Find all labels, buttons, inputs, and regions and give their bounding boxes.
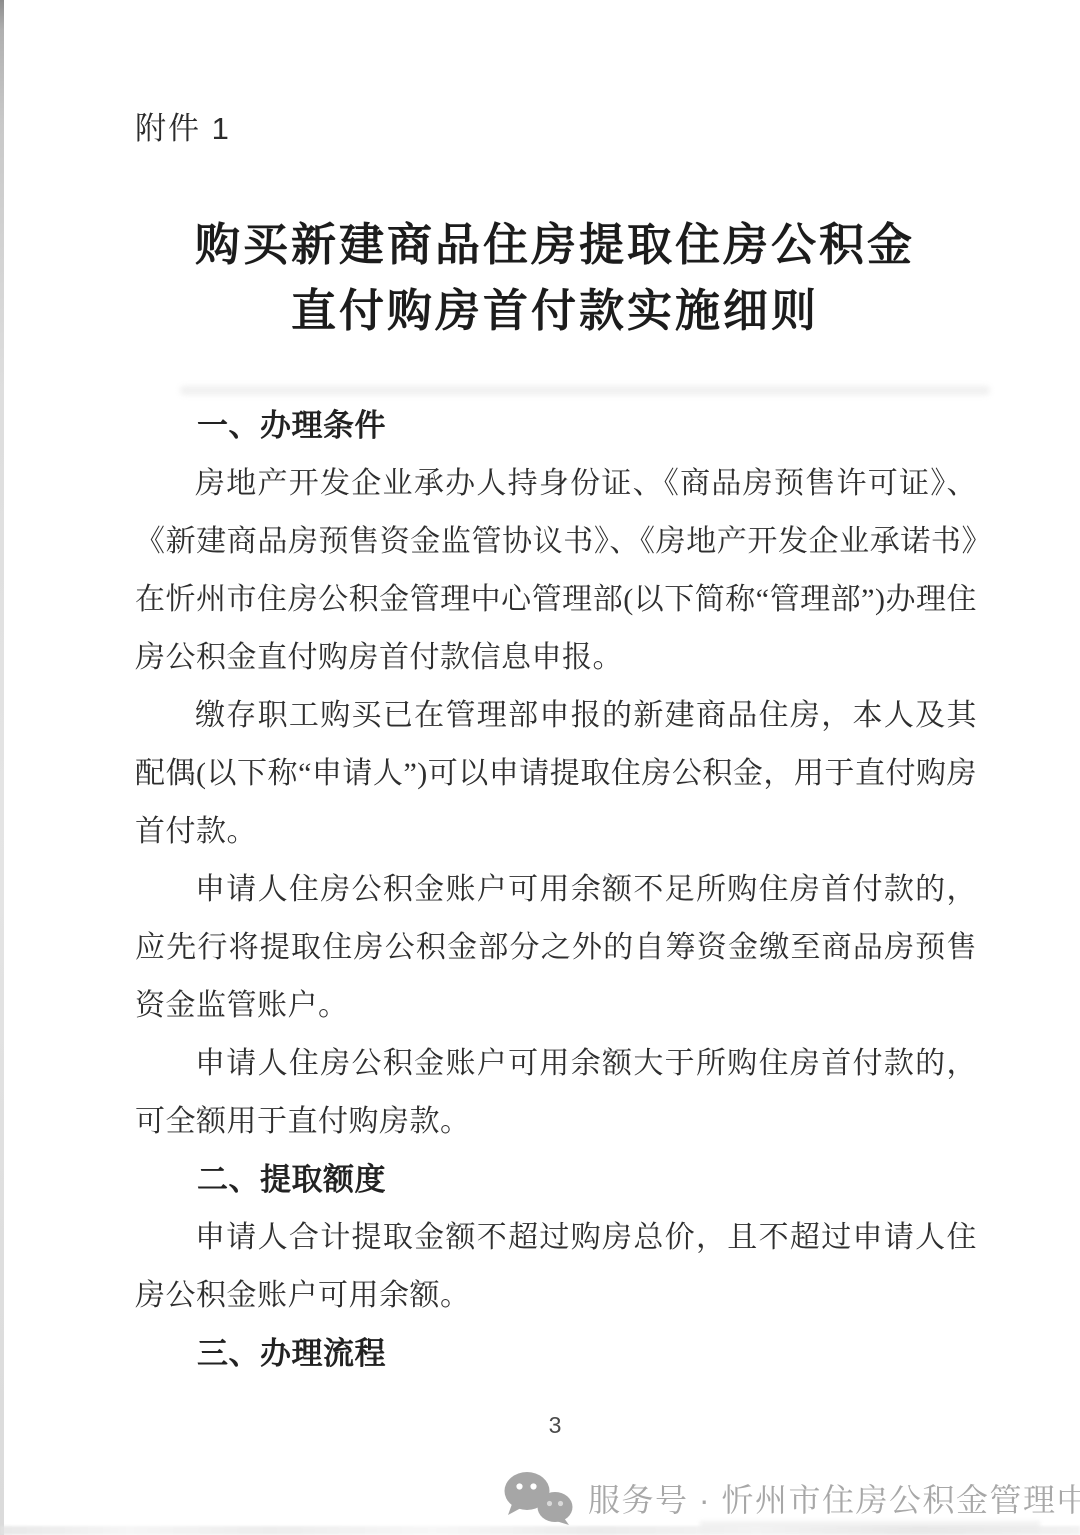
document-title: 购买新建商品住房提取住房公积金 直付购房首付款实施细则 [135,212,975,344]
section-handling-conditions: 一、办理条件 房地产开发企业承办人持身份证、《商品房预售许可证》、《新建商品房预… [135,397,977,1151]
attachment-label: 附件 1 [135,103,231,148]
page-number: 3 [135,1412,975,1439]
paragraph: 申请人住房公积金账户可用余额不足所购住房首付款的，应先行将提取住房公积金部分之外… [135,861,977,1035]
scan-artifact-smudge [180,386,990,395]
scan-artifact-left-edge [0,0,4,1535]
footer-service-account: 服务号 · 忻州市住房公积金管理中心 [502,1470,1080,1526]
paragraph: 房地产开发企业承办人持身份证、《商品房预售许可证》、《新建商品房预售资金监管协议… [135,455,977,687]
section-heading: 三、办理流程 [135,1325,977,1383]
section-handling-process: 三、办理流程 [135,1325,977,1383]
title-line-1: 购买新建商品住房提取住房公积金 [135,212,975,278]
section-heading: 一、办理条件 [135,397,977,455]
footer-text: 服务号 · 忻州市住房公积金管理中心 [588,1475,1080,1521]
title-line-2: 直付购房首付款实施细则 [135,278,975,344]
paragraph: 缴存职工购买已在管理部申报的新建商品住房，本人及其配偶(以下称“申请人”)可以申… [135,687,977,861]
document-body: 一、办理条件 房地产开发企业承办人持身份证、《商品房预售许可证》、《新建商品房预… [135,397,977,1383]
section-withdrawal-limit: 二、提取额度 申请人合计提取金额不超过购房总价，且不超过申请人住房公积金账户可用… [135,1151,977,1325]
paragraph: 申请人住房公积金账户可用余额大于所购住房首付款的，可全额用于直付购房款。 [135,1035,977,1151]
wechat-icon [502,1470,576,1526]
paragraph: 申请人合计提取金额不超过购房总价，且不超过申请人住房公积金账户可用余额。 [135,1209,977,1325]
document-page: 附件 1 购买新建商品住房提取住房公积金 直付购房首付款实施细则 一、办理条件 … [0,0,1080,1535]
scan-artifact-bottom-edge [0,1526,1080,1535]
section-heading: 二、提取额度 [135,1151,977,1209]
